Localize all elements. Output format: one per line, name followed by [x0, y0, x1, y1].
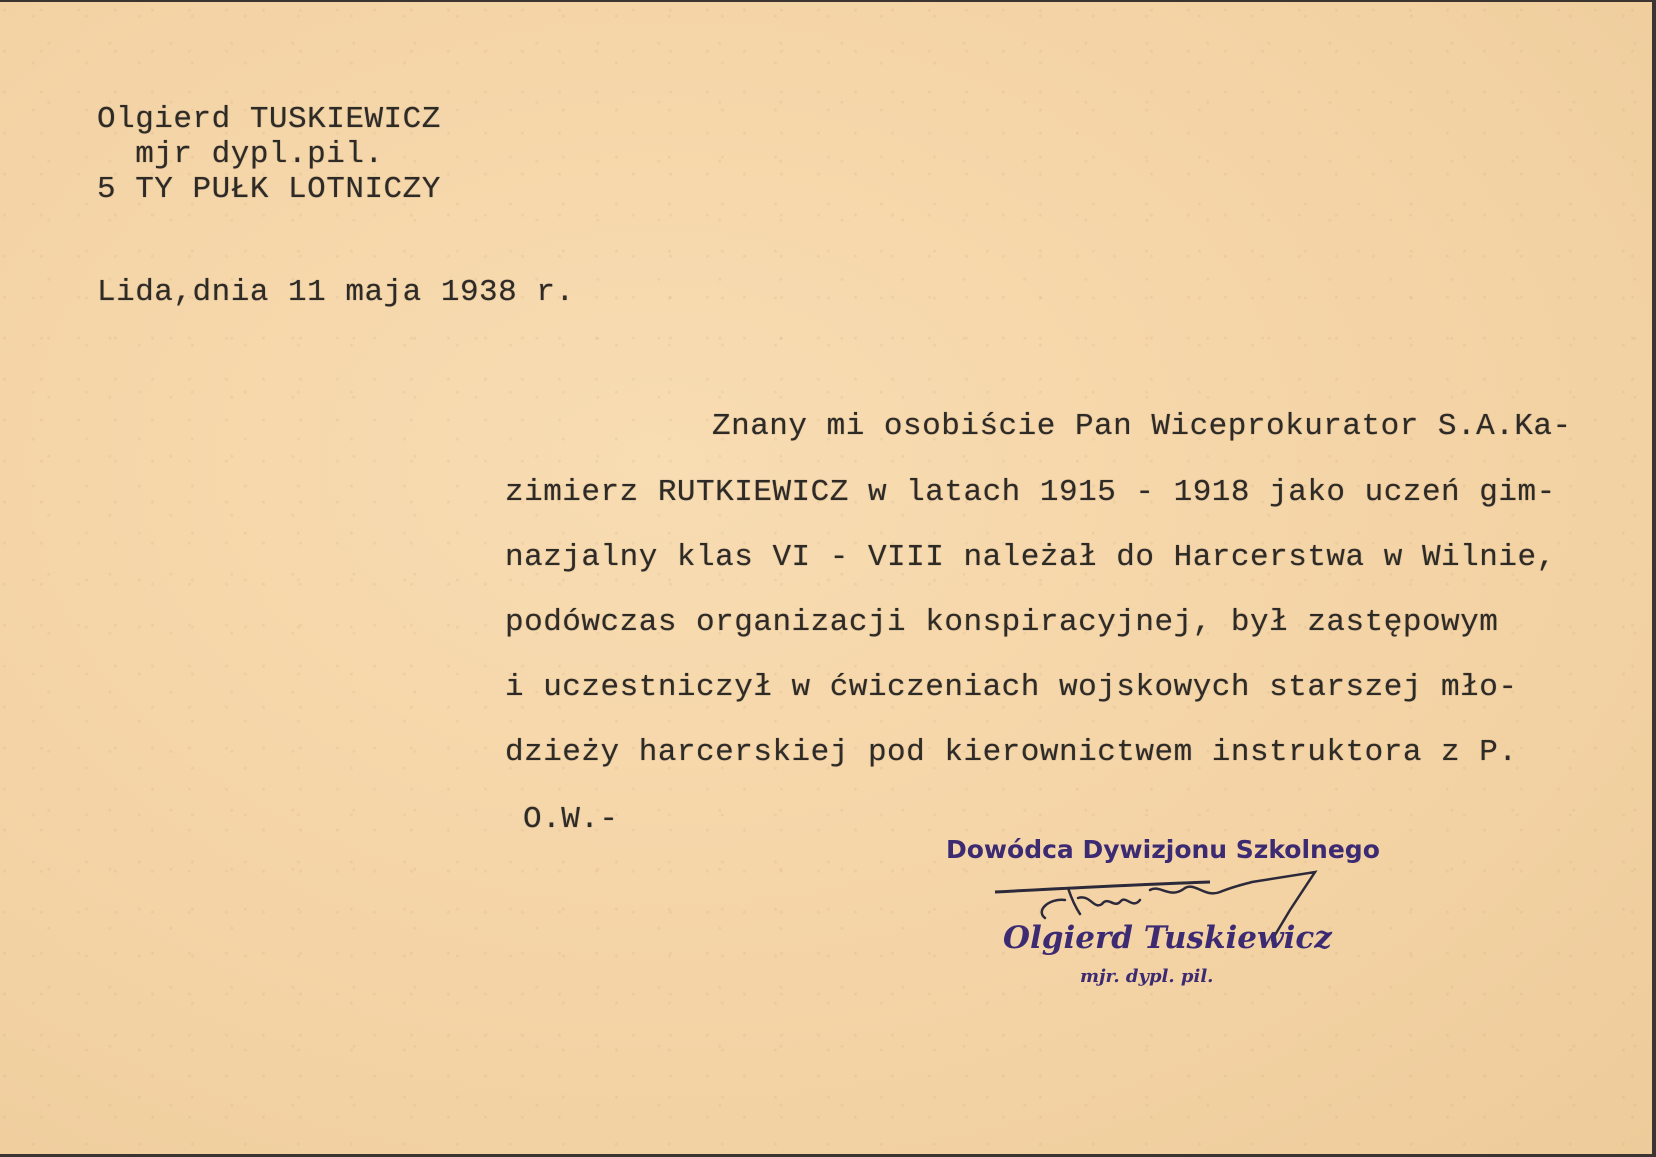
body-line-7: O.W.-: [523, 802, 619, 837]
body-line-4: podówczas organizacji konspiracyjnej, by…: [505, 605, 1498, 640]
stamp-name: Olgierd Tuskiewicz: [1003, 920, 1332, 956]
body-line-2: zimierz RUTKIEWICZ w latach 1915 - 1918 …: [505, 475, 1556, 510]
place-date: Lida,dnia 11 maja 1938 r.: [97, 275, 575, 310]
sender-rank: mjr dypl.pil.: [97, 137, 384, 172]
stamp-rank: mjr. dypl. pil.: [1080, 966, 1213, 987]
body-line-1: Znany mi osobiście Pan Wiceprokurator S.…: [712, 409, 1572, 444]
sender-name: Olgierd TUSKIEWICZ: [97, 102, 441, 137]
body-line-5: i uczestniczył w ćwiczeniach wojskowych …: [505, 670, 1517, 705]
letter-page: Olgierd TUSKIEWICZ mjr dypl.pil. 5 TY PU…: [0, 2, 1652, 1154]
body-line-3: nazjalny klas VI - VIII należał do Harce…: [505, 540, 1556, 575]
body-line-6: dzieży harcerskiej pod kierownictwem ins…: [505, 735, 1517, 770]
sender-unit: 5 TY PUŁK LOTNICZY: [97, 172, 441, 207]
stamp-title: Dowódca Dywizjonu Szkolnego: [946, 835, 1380, 864]
